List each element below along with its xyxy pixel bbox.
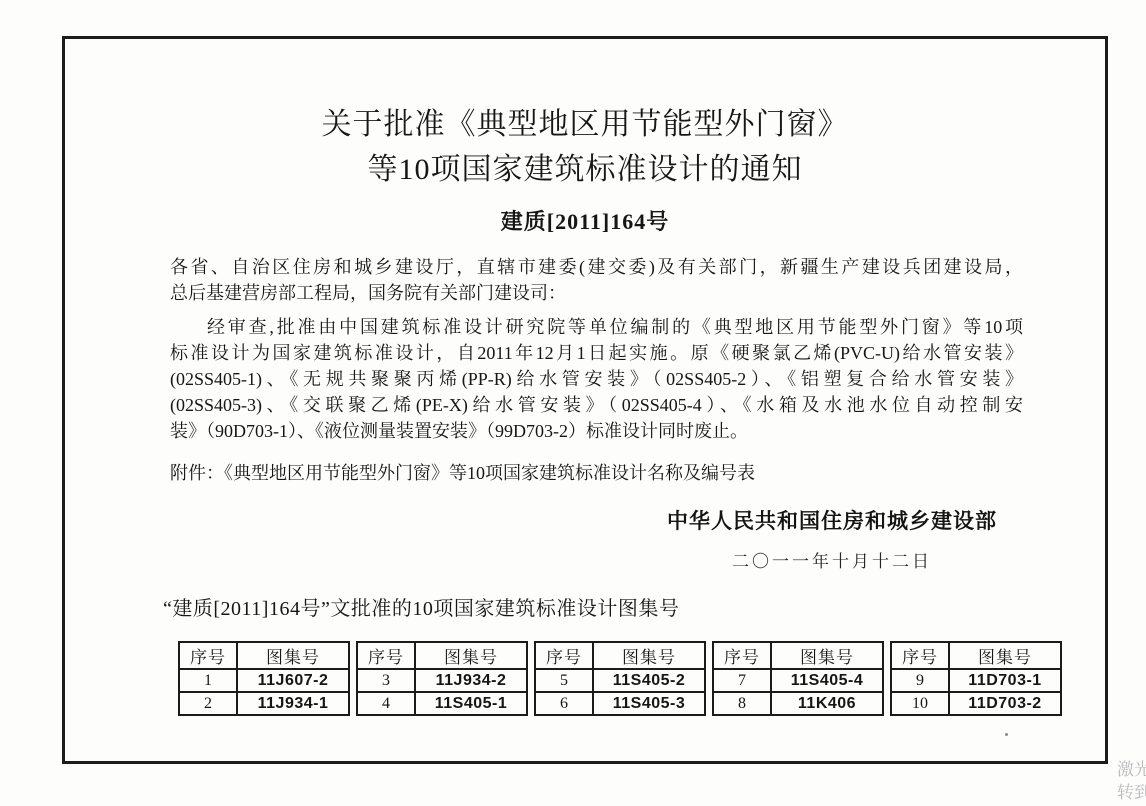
col-header-code: 图集号 — [771, 642, 883, 669]
seq-cell: 2 — [179, 692, 237, 715]
body-line: 经审查,批准由中国建筑标准设计研究院等单位编制的《典型地区用节能型外门窗》等10… — [170, 314, 1023, 340]
watermark-line: 转到 — [1117, 781, 1146, 804]
seq-cell: 4 — [357, 692, 415, 715]
code-cell: 11J934-2 — [415, 669, 527, 692]
body-line: 装》（90D703-1）、《液位测量装置安装》（99D703-2）标准设计同时废… — [170, 418, 1023, 444]
body-line: (02SS405-1)、《无规共聚聚丙烯(PP-R)给水管安装》（02SS405… — [170, 366, 1023, 392]
table-row: 3 11J934-2 — [357, 669, 527, 692]
body-line: 各省、自治区住房和城乡建设厅，直辖市建委(建交委)及有关部门，新疆生产建设兵团建… — [170, 254, 1023, 280]
title-line-2: 等10项国家建筑标准设计的通知 — [62, 147, 1108, 192]
table-row: 7 11S405-4 — [713, 669, 883, 692]
table-row: 8 11K406 — [713, 692, 883, 715]
code-cell: 11K406 — [771, 692, 883, 715]
col-header-seq: 序号 — [535, 642, 593, 669]
watermark: 激光 转到 — [1117, 758, 1146, 804]
table-group-3: 序号 图集号 5 11S405-2 6 11S405-3 — [534, 641, 706, 716]
table-caption: “建质[2011]164号”文批准的10项国家建筑标准设计图集号 — [163, 592, 679, 621]
seq-cell: 3 — [357, 669, 415, 692]
code-cell: 11S405-4 — [771, 669, 883, 692]
issuer-name: 中华人民共和国住房和城乡建设部 — [618, 505, 1046, 535]
seq-cell: 5 — [535, 669, 593, 692]
signature-block: 中华人民共和国住房和城乡建设部 二〇一一年十月十二日 — [618, 505, 1046, 572]
seq-cell: 9 — [891, 669, 949, 692]
attachment-line: 附件：《典型地区用节能型外门窗》等10项国家建筑标准设计名称及编号表 — [170, 460, 1023, 486]
seq-cell: 8 — [713, 692, 771, 715]
atlas-number-table: 序号 图集号 1 11J607-2 2 11J934-1 序号 图集号 3 11… — [178, 641, 1062, 716]
table-group-1: 序号 图集号 1 11J607-2 2 11J934-1 — [178, 641, 350, 716]
code-cell: 11S405-1 — [415, 692, 527, 715]
issue-date: 二〇一一年十月十二日 — [618, 547, 1046, 572]
body-line: 标准设计为国家建筑标准设计，自2011年12月1日起实施。原《硬聚氯乙烯(PVC… — [170, 340, 1023, 366]
approval-paragraph: 经审查,批准由中国建筑标准设计研究院等单位编制的《典型地区用节能型外门窗》等10… — [170, 314, 1023, 444]
col-header-code: 图集号 — [237, 642, 349, 669]
table-group-5: 序号 图集号 9 11D703-1 10 11D703-2 — [890, 641, 1062, 716]
table-row: 10 11D703-2 — [891, 692, 1061, 715]
table-row: 5 11S405-2 — [535, 669, 705, 692]
table-row: 2 11J934-1 — [179, 692, 349, 715]
title-line-1: 关于批准《典型地区用节能型外门窗》 — [62, 102, 1108, 147]
table-group-4: 序号 图集号 7 11S405-4 8 11K406 — [712, 641, 884, 716]
table-row: 6 11S405-3 — [535, 692, 705, 715]
document-body: 各省、自治区住房和城乡建设厅，直辖市建委(建交委)及有关部门，新疆生产建设兵团建… — [170, 254, 1023, 486]
body-line: 总后基建营房部工程局，国务院有关部门建设司： — [170, 280, 1023, 306]
seq-cell: 7 — [713, 669, 771, 692]
code-cell: 11S405-3 — [593, 692, 705, 715]
code-cell: 11S405-2 — [593, 669, 705, 692]
col-header-code: 图集号 — [415, 642, 527, 669]
table-row: 1 11J607-2 — [179, 669, 349, 692]
code-cell: 11J934-1 — [237, 692, 349, 715]
seq-cell: 6 — [535, 692, 593, 715]
table-row: 4 11S405-1 — [357, 692, 527, 715]
document-number: 建质[2011]164号 — [62, 205, 1108, 236]
seq-cell: 10 — [891, 692, 949, 715]
watermark-line: 激光 — [1117, 758, 1146, 781]
col-header-seq: 序号 — [357, 642, 415, 669]
seq-cell: 1 — [179, 669, 237, 692]
table-group-2: 序号 图集号 3 11J934-2 4 11S405-1 — [356, 641, 528, 716]
col-header-code: 图集号 — [949, 642, 1061, 669]
col-header-code: 图集号 — [593, 642, 705, 669]
col-header-seq: 序号 — [891, 642, 949, 669]
body-line: (02SS405-3)、《交联聚乙烯(PE-X)给水管安装》（02SS405-4… — [170, 392, 1023, 418]
code-cell: 11D703-2 — [949, 692, 1061, 715]
col-header-seq: 序号 — [179, 642, 237, 669]
table-row: 9 11D703-1 — [891, 669, 1061, 692]
scanned-document-page: 关于批准《典型地区用节能型外门窗》 等10项国家建筑标准设计的通知 建质[201… — [0, 0, 1146, 806]
code-cell: 11J607-2 — [237, 669, 349, 692]
col-header-seq: 序号 — [713, 642, 771, 669]
scan-speck — [1005, 733, 1008, 736]
document-title: 关于批准《典型地区用节能型外门窗》 等10项国家建筑标准设计的通知 — [62, 102, 1108, 192]
addressees-paragraph: 各省、自治区住房和城乡建设厅，直辖市建委(建交委)及有关部门，新疆生产建设兵团建… — [170, 254, 1023, 306]
code-cell: 11D703-1 — [949, 669, 1061, 692]
